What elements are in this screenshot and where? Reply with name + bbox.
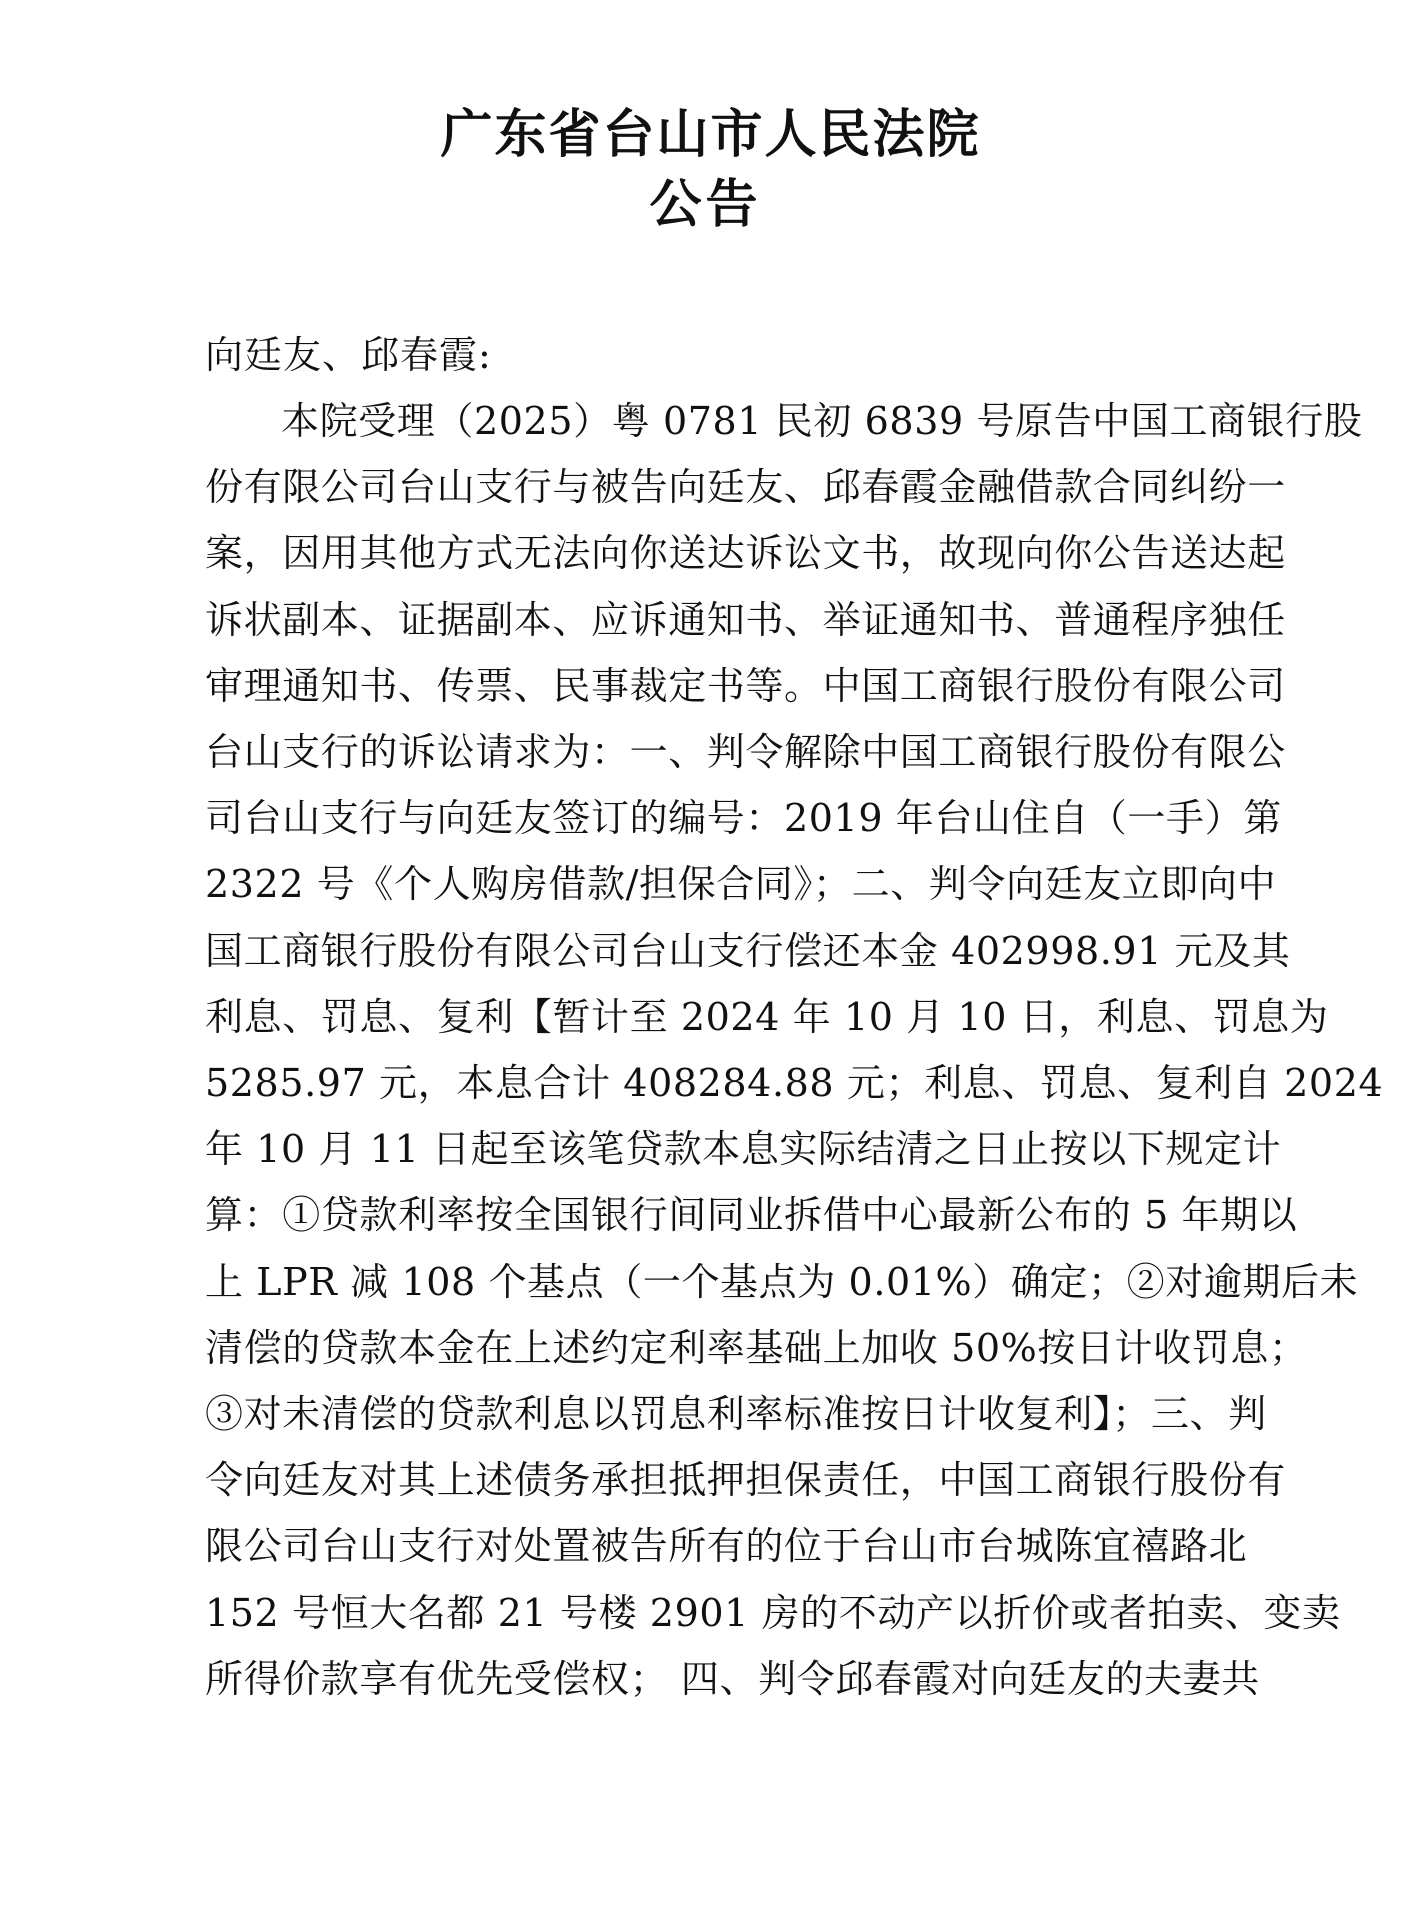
document-type-heading: 公告 (0, 170, 1411, 240)
notice-paragraph: 本院受理（2025）粤 0781 民初 6839 号原告中国工商银行股 份有限公… (205, 388, 1217, 1712)
paragraph-line: 诉状副本、证据副本、应诉通知书、举证通知书、普通程序独任 (205, 587, 1217, 653)
salutation: 向廷友、邱春霞: (205, 322, 1217, 388)
paragraph-line: 令向廷友对其上述债务承担抵押担保责任，中国工商银行股份有 (205, 1447, 1217, 1513)
paragraph-line: 所得价款享有优先受偿权； 四、判令邱春霞对向廷友的夫妻共 (205, 1646, 1217, 1712)
paragraph-line: 份有限公司台山支行与被告向廷友、邱春霞金融借款合同纠纷一 (205, 454, 1217, 520)
paragraph-line: 司台山支行与向廷友签订的编号：2019 年台山住自（一手）第 (205, 785, 1217, 851)
court-name-heading: 广东省台山市人民法院 (0, 100, 1411, 170)
notice-body: 向廷友、邱春霞: 本院受理（2025）粤 0781 民初 6839 号原告中国工… (205, 322, 1217, 1712)
paragraph-line: ③对未清偿的贷款利息以罚息利率标准按日计收复利】；三、判 (205, 1381, 1217, 1447)
paragraph-line: 算：①贷款利率按全国银行间同业拆借中心最新公布的 5 年期以 (205, 1182, 1217, 1248)
title-block: 广东省台山市人民法院 公告 (0, 100, 1411, 240)
paragraph-line: 152 号恒大名都 21 号楼 2901 房的不动产以折价或者拍卖、变卖 (205, 1580, 1217, 1646)
paragraph-line: 台山支行的诉讼请求为：一、判令解除中国工商银行股份有限公 (205, 719, 1217, 785)
paragraph-line: 5285.97 元，本息合计 408284.88 元；利息、罚息、复利自 202… (205, 1050, 1217, 1116)
paragraph-line: 国工商银行股份有限公司台山支行偿还本金 402998.91 元及其 (205, 918, 1217, 984)
paragraph-line: 上 LPR 减 108 个基点（一个基点为 0.01%）确定；②对逾期后未 (205, 1249, 1217, 1315)
paragraph-line: 本院受理（2025）粤 0781 民初 6839 号原告中国工商银行股 (205, 388, 1217, 454)
paragraph-line: 年 10 月 11 日起至该笔贷款本息实际结清之日止按以下规定计 (205, 1116, 1217, 1182)
paragraph-line: 案，因用其他方式无法向你送达诉讼文书，故现向你公告送达起 (205, 520, 1217, 586)
paragraph-line: 清偿的贷款本金在上述约定利率基础上加收 50%按日计收罚息； (205, 1315, 1217, 1381)
paragraph-line: 限公司台山支行对处置被告所有的位于台山市台城陈宜禧路北 (205, 1513, 1217, 1579)
paragraph-line: 2322 号《个人购房借款/担保合同》；二、判令向廷友立即向中 (205, 851, 1217, 917)
paragraph-line: 审理通知书、传票、民事裁定书等。中国工商银行股份有限公司 (205, 653, 1217, 719)
document-page: 广东省台山市人民法院 公告 向廷友、邱春霞: 本院受理（2025）粤 0781 … (0, 0, 1411, 1920)
paragraph-line: 利息、罚息、复利【暂计至 2024 年 10 月 10 日，利息、罚息为 (205, 984, 1217, 1050)
